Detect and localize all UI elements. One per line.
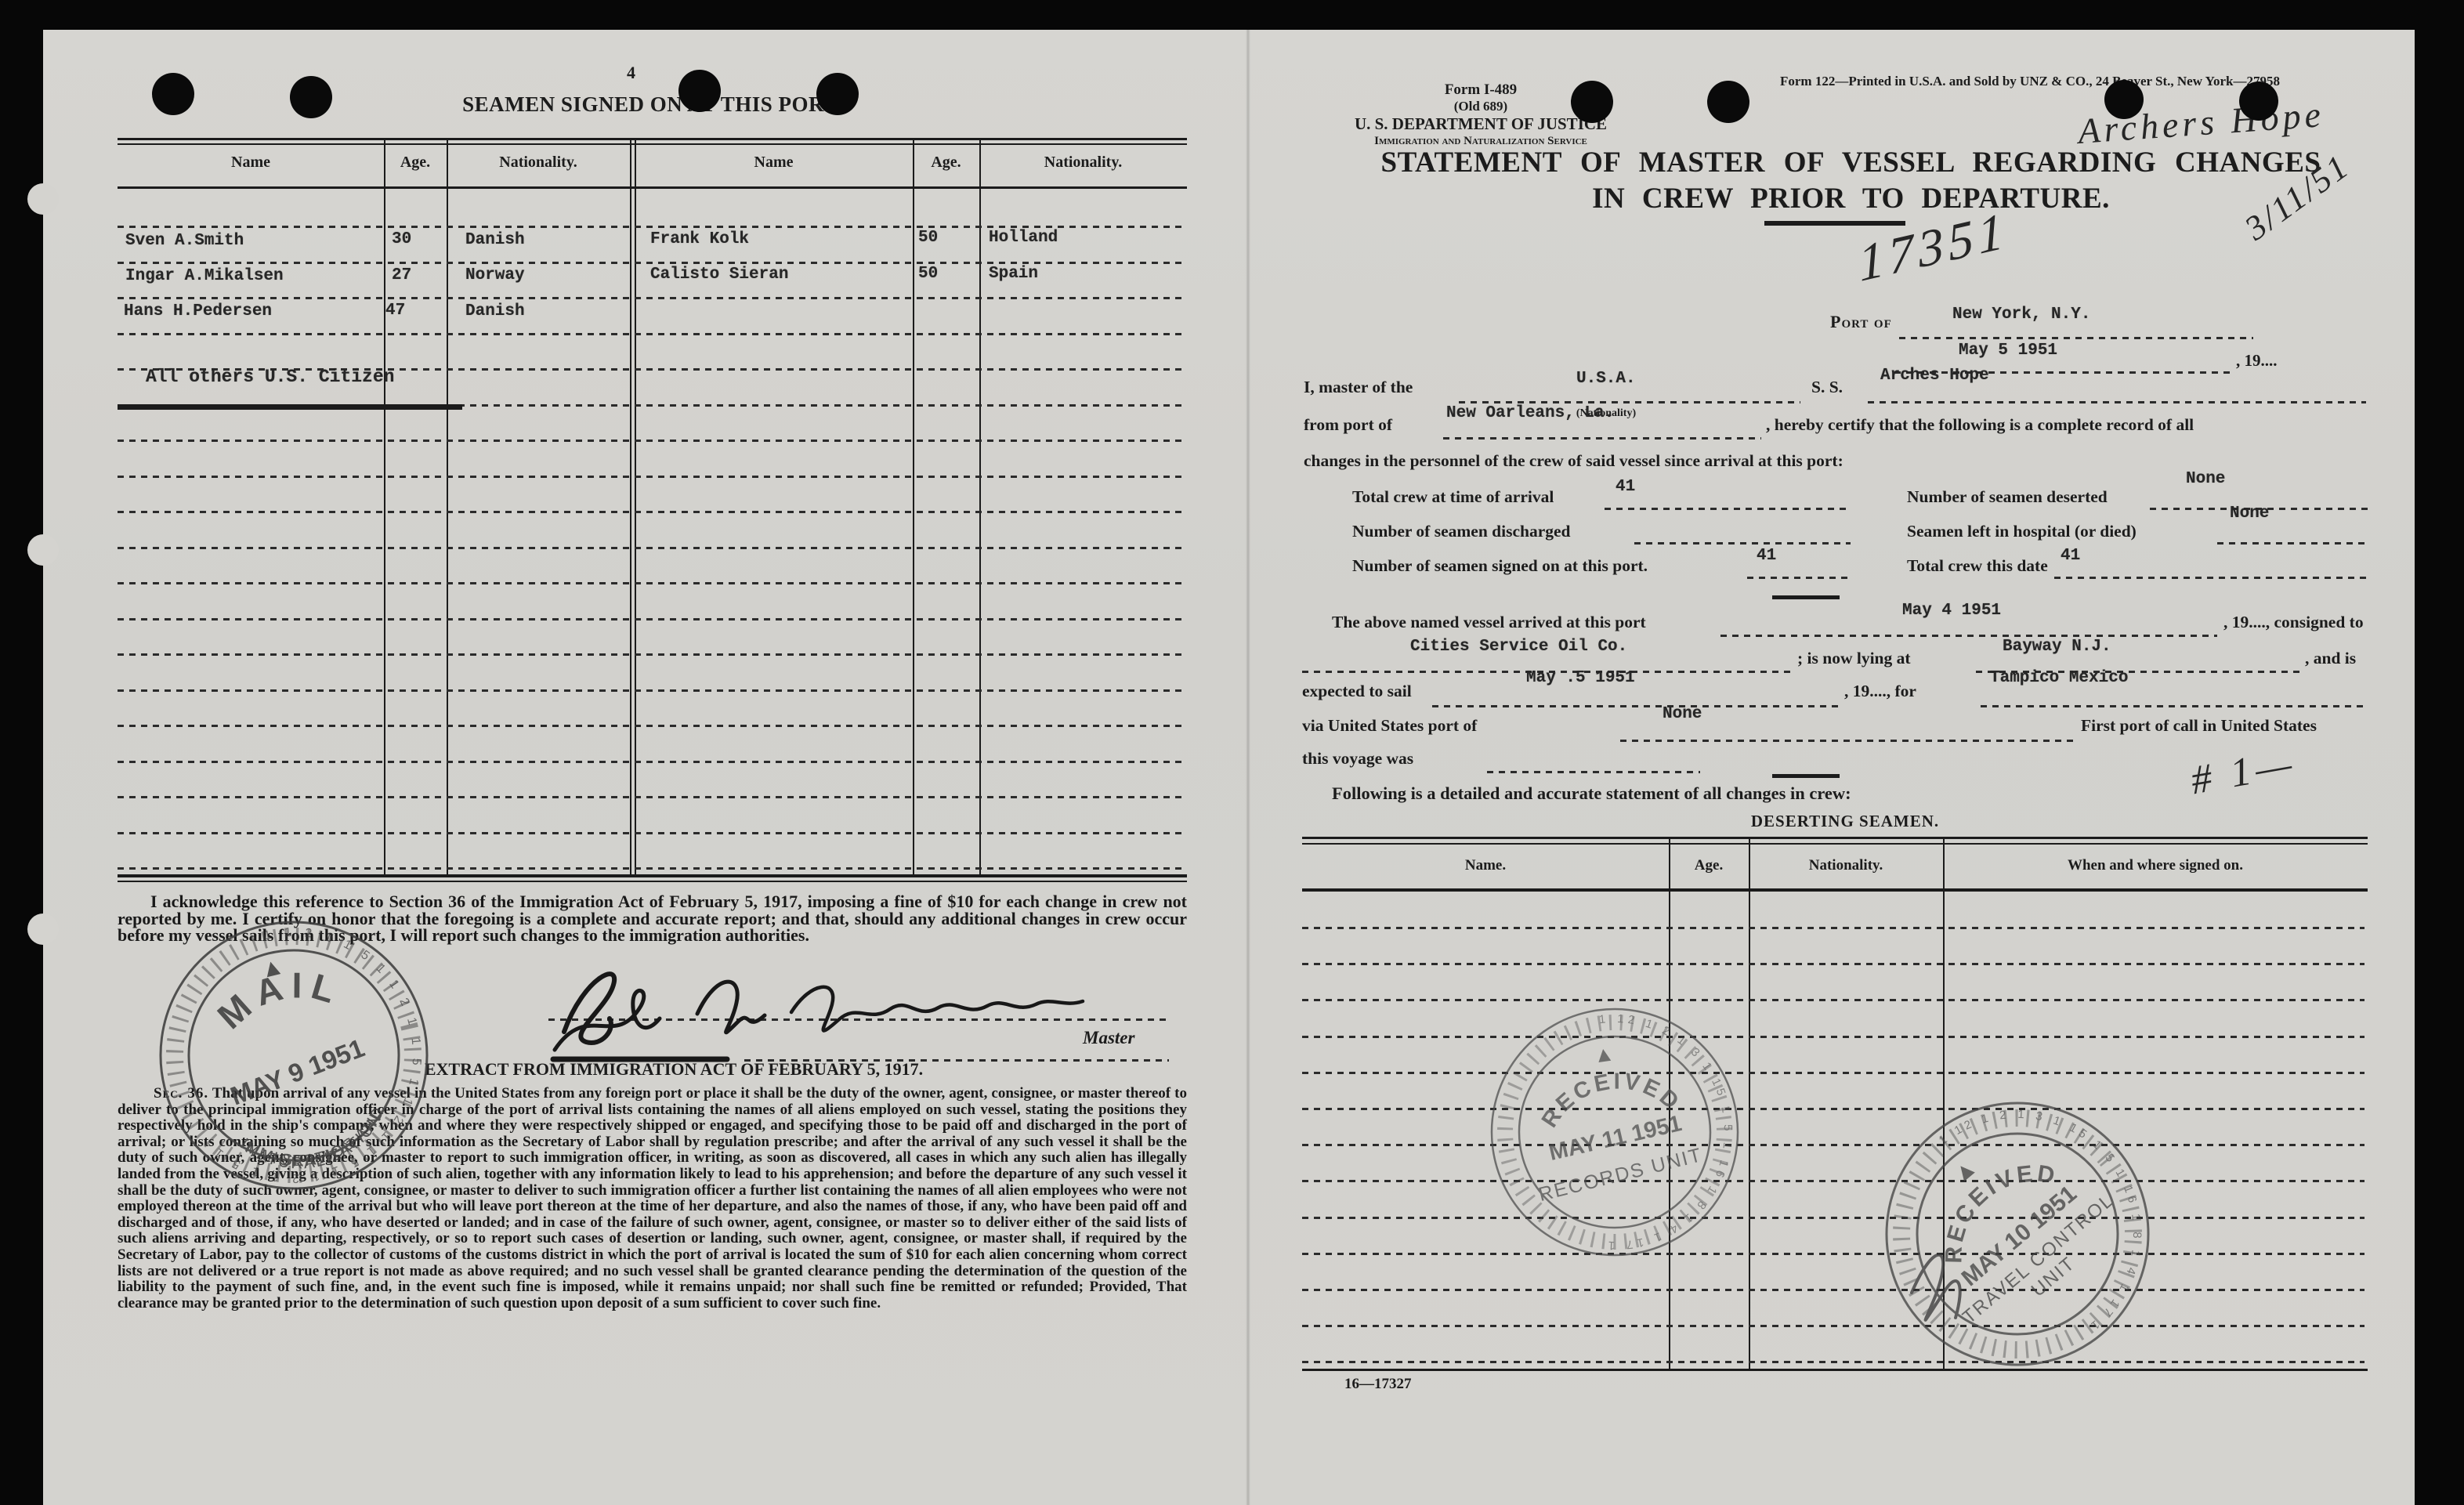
total-date-label: Total crew this date: [1907, 556, 2048, 576]
scan-border-left: [0, 0, 43, 1505]
dotted-row-line: [1302, 1217, 2364, 1219]
signed-on-label: Number of seamen signed on at this port.: [1352, 556, 1648, 576]
seaman-name: Sven A.Smith: [125, 232, 244, 250]
arrived-suffix: , 19...., consigned to: [2223, 613, 2364, 632]
sail-dotted: [1432, 705, 1840, 707]
first-port-suffix: First port of call in United States: [2081, 716, 2317, 736]
signed-on-value: 41: [1757, 547, 1776, 565]
discharged-label: Number of seamen discharged: [1352, 522, 1571, 541]
punch-hole: [678, 70, 721, 112]
dtable-bottom-rule: [1302, 1369, 2368, 1371]
from-port-label: from port of: [1304, 415, 1392, 435]
lying-label: ; is now lying at: [1797, 649, 1911, 668]
all-others-note: All others U.S. Citizen: [146, 367, 394, 387]
punch-hole: [2239, 81, 2278, 121]
arrived-value: May 4 1951: [1902, 602, 2001, 620]
dotted-row-line: [118, 333, 1187, 335]
sail-label: expected to sail: [1302, 682, 1412, 701]
dotted-row-line: [1302, 1253, 2364, 1255]
nationality-value: U.S.A.: [1576, 370, 1636, 388]
print-credit: Form 122—Printed in U.S.A. and Sold by U…: [1780, 74, 2280, 89]
table-top-rule2: [118, 143, 1187, 145]
seaman-nationality: Norway: [465, 266, 525, 284]
certify-text: , hereby certify that the following is a…: [1766, 415, 2194, 435]
scan-border-right: [2415, 0, 2464, 1505]
col-line: [384, 138, 385, 877]
statement-title-line2: IN CREW PRIOR TO DEPARTURE.: [1316, 182, 2386, 215]
header-nationality-1: Nationality.: [447, 154, 630, 172]
dotted-row-line: [1302, 999, 2364, 1001]
punch-hole: [2104, 80, 2144, 119]
dotted-row-line: [1302, 1108, 2364, 1110]
page-number: 4: [627, 63, 635, 83]
seaman-nationality: Holland: [989, 229, 1058, 247]
port-of-label: Port of: [1830, 312, 1892, 332]
seaman-nationality: Danish: [465, 302, 525, 320]
dotted-row-line: [118, 725, 1187, 727]
master-prefix: I, master of the: [1304, 378, 1413, 397]
stat-dotted: [1634, 542, 1851, 544]
dotted-row-line: [118, 226, 1187, 228]
dtable-top-rule: [1302, 837, 2368, 839]
deserted-label: Number of seamen deserted: [1907, 487, 2108, 507]
stamp-arrow-icon: [1955, 1162, 1974, 1181]
seaman-nationality: Spain: [989, 265, 1038, 283]
section-divider: [1772, 595, 1840, 599]
col-line: [979, 138, 981, 877]
arrived-label: The above named vessel arrived at this p…: [1332, 613, 1646, 632]
header-nationality-2: Nationality.: [979, 154, 1187, 172]
vessel-dotted-line: [1868, 401, 2366, 403]
from-port-value: New Oarleans, La.: [1446, 404, 1614, 422]
stat-dotted: [2054, 577, 2366, 579]
table-header-rule: [118, 186, 1187, 189]
hospital-label: Seamen left in hospital (or died): [1907, 522, 2137, 541]
dotted-row-line: [1302, 1180, 2364, 1182]
footer-code: 16—17327: [1344, 1376, 1412, 1393]
seaman-name: Calisto Sieran: [650, 266, 788, 284]
stat-dotted: [2217, 542, 2368, 544]
punch-hole: [290, 76, 332, 118]
deserted-value: None: [2186, 470, 2225, 488]
header-age-2: Age.: [913, 154, 979, 172]
deserting-seamen-title: DESERTING SEAMEN.: [1316, 812, 2374, 831]
header-name-1: Name: [118, 154, 384, 172]
voyage-label: this voyage was: [1302, 749, 1413, 769]
lying-value: Bayway N.J.: [2003, 638, 2111, 656]
punch-hole: [816, 73, 859, 115]
dotted-row-line: [118, 511, 1187, 513]
dotted-row-line: [118, 832, 1187, 834]
dotted-row-line: [118, 618, 1187, 620]
sail-value: May .5 1951: [1526, 669, 1635, 687]
left-page-title: SEAMEN SIGNED ON AT THIS PORT.: [118, 92, 1187, 117]
statement-title-line1: STATEMENT OF MASTER OF VESSEL REGARDING …: [1316, 146, 2386, 179]
consignee-value: Cities Service Oil Co.: [1410, 638, 1627, 656]
stamp-mail-word: MAIL: [204, 950, 356, 1042]
via-label: via United States port of: [1302, 716, 1477, 736]
punch-hole: [1707, 81, 1749, 123]
note-underline: [118, 404, 462, 410]
stamp-arrow-icon: [1597, 1048, 1611, 1062]
dtable-header-name: Name.: [1302, 857, 1669, 874]
dtable-header-when: When and where signed on.: [1943, 857, 2368, 874]
destination-dotted: [1981, 705, 2368, 707]
dotted-row-line: [1302, 927, 2364, 929]
and-is-suffix: , and is: [2305, 649, 2356, 668]
dotted-row-line: [1302, 963, 2364, 965]
dotted-row-line: [1302, 1325, 2364, 1327]
dotted-row-line: [118, 440, 1187, 442]
col-line: [635, 138, 636, 877]
ss-label: S. S.: [1811, 378, 1843, 397]
seaman-age: 30: [392, 230, 411, 248]
dtable-header-rule: [1302, 888, 2368, 892]
records-unit-stamp: 1 12 1 2 1 3 1 15 1 5 1 16 1 8 1 4 1 17 …: [1485, 1003, 1744, 1261]
via-value: None: [1663, 705, 1702, 723]
sail-mid: , 19...., for: [1844, 682, 1916, 701]
header-name-2: Name: [635, 154, 913, 172]
dtable-header-age: Age.: [1669, 857, 1749, 874]
seaman-name: Hans H.Pedersen: [124, 302, 272, 320]
dotted-row-line: [1302, 1361, 2364, 1363]
col-line: [447, 138, 448, 877]
dotted-row-line: [118, 476, 1187, 478]
master-signature: [541, 957, 1105, 1075]
col-line: [630, 138, 631, 877]
seaman-age: 27: [392, 266, 411, 284]
dtable-header-nationality: Nationality.: [1749, 857, 1943, 874]
seaman-nationality: Danish: [465, 231, 525, 249]
nationality-dotted-line: [1459, 401, 1800, 403]
edge-punch-notch: [27, 913, 59, 945]
total-arrival-label: Total crew at time of arrival: [1352, 487, 1554, 507]
edge-punch-notch: [27, 183, 59, 215]
table-bottom-rule: [118, 874, 1187, 877]
seaman-name: Frank Kolk: [650, 230, 749, 248]
edge-punch-notch: [27, 534, 59, 566]
col-line: [913, 138, 914, 877]
dotted-row-line: [118, 297, 1187, 299]
stamp-date: MAY 9 1951: [226, 1033, 368, 1111]
dotted-row-line: [118, 582, 1187, 584]
section-divider-2: [1772, 774, 1840, 778]
total-date-value: 41: [2061, 547, 2080, 565]
vessel-name-value: Arches Hope: [1880, 367, 1989, 385]
certify-text-2: changes in the personnel of the crew of …: [1304, 451, 1843, 471]
dotted-row-line: [118, 262, 1187, 264]
punch-hole: [1571, 81, 1613, 123]
dotted-row-line: [118, 761, 1187, 763]
table-bottom-rule2: [118, 881, 1187, 882]
punch-hole: [152, 73, 194, 115]
dotted-row-line: [1302, 1289, 2364, 1291]
stat-dotted: [1747, 577, 1851, 579]
dtable-top-rule2: [1302, 843, 2368, 845]
hospital-value: None: [2230, 505, 2269, 523]
scanned-document: 4 SEAMEN SIGNED ON AT THIS PORT. Name Ag…: [0, 0, 2464, 1505]
dotted-row-line: [1302, 1036, 2364, 1038]
dotted-row-line: [118, 867, 1187, 870]
dotted-row-line: [118, 547, 1187, 549]
seaman-age: 47: [385, 302, 405, 320]
table-top-rule: [118, 138, 1187, 140]
page-fold: [1246, 30, 1250, 1505]
dotted-row-line: [118, 796, 1187, 798]
stat-dotted: [1605, 508, 1849, 510]
seaman-age: 50: [918, 229, 938, 247]
port-of-value: New York, N.Y.: [1952, 306, 2090, 324]
seaman-name: Ingar A.Mikalsen: [125, 267, 284, 285]
total-arrival-value: 41: [1616, 478, 1635, 496]
dotted-row-line: [1302, 1072, 2364, 1074]
dotted-row-line: [118, 689, 1187, 692]
port-dotted-line: [1899, 337, 2253, 339]
title-rule: [1764, 221, 1905, 226]
scan-border-top: [0, 0, 2464, 30]
from-port-dotted-line: [1443, 437, 1761, 440]
via-dotted: [1620, 740, 2078, 742]
following-statement: Following is a detailed and accurate sta…: [1332, 783, 1851, 804]
department-name: U. S. DEPARTMENT OF JUSTICE: [1285, 114, 1677, 134]
arrived-dotted: [1720, 635, 2217, 637]
date-year-suffix: , 19....: [2236, 351, 2278, 371]
header-age-1: Age.: [384, 154, 447, 172]
dotted-row-line: [1302, 1144, 2364, 1146]
seaman-age: 50: [918, 265, 938, 283]
destination-value: Tampico Mexico: [1990, 669, 2128, 687]
svg-text:MAIL: MAIL: [204, 950, 356, 1042]
travel-control-stamp: 1 12 1 2 1 3 1 15 1 5 1 16 1 8 1 4 1 17 …: [1880, 1097, 2155, 1371]
voyage-dotted: [1487, 771, 1700, 773]
date-value: May 5 1951: [1959, 342, 2057, 360]
mail-stamp: 1 1 2 1 1 5 1 1 2 1 1 5 1 1 2 1 1 5 1 1 …: [154, 915, 434, 1196]
dotted-row-line: [118, 653, 1187, 656]
